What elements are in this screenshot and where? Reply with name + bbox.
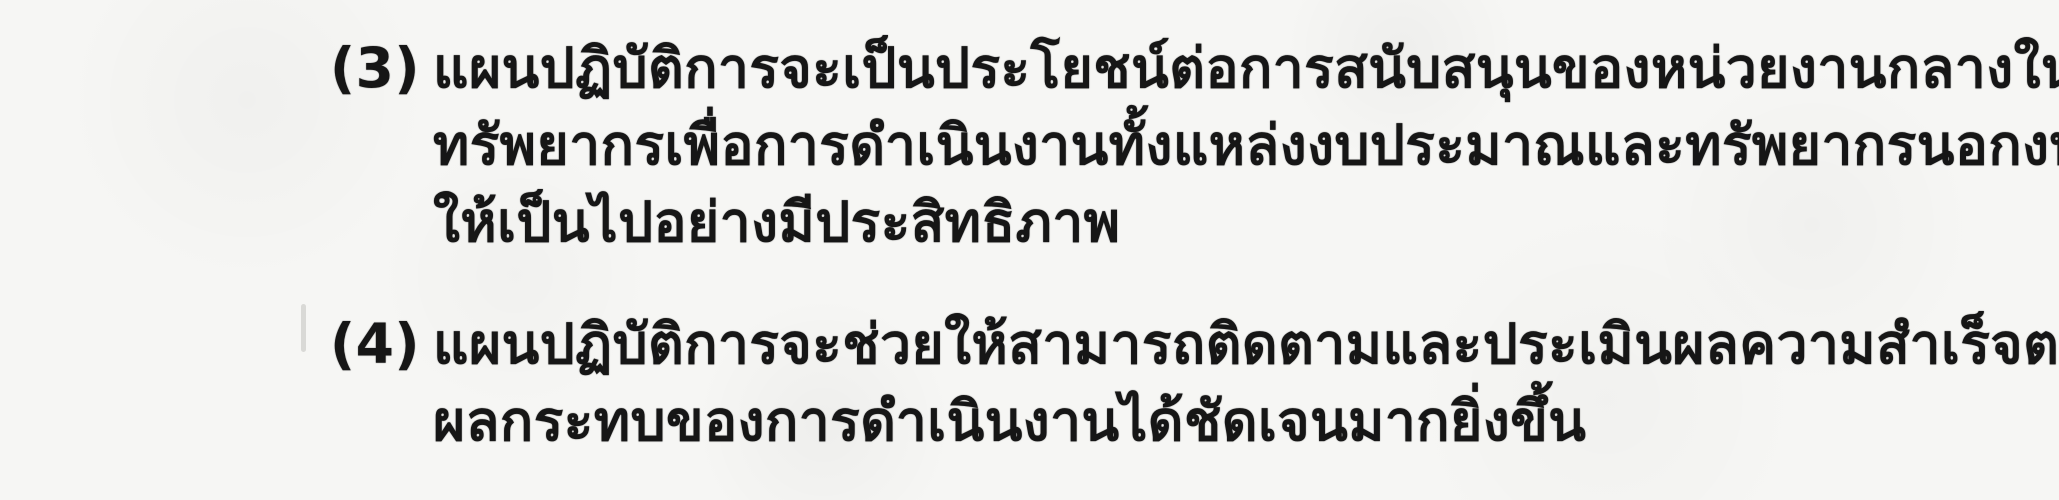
text-line: แผนปฏิบัติการจะเป็นประโยชน์ต่อการสนับสนุ… [433,30,1838,107]
numbered-paragraph: (3) แผนปฏิบัติการจะเป็นประโยชน์ต่อการสนั… [330,30,1838,261]
numbered-paragraph: (4) แผนปฏิบัติการจะช่วยให้สามารถติดตามแล… [330,306,1838,460]
line-head: แผนปฏิบัติการจะช่วยให้สามารถติดตามและประ… [433,306,2023,383]
line-tail: ตลอดจน [2023,306,2059,383]
scan-artifact-mark [301,304,306,352]
text-line: ให้เป็นไปอย่างมีประสิทธิภาพ [433,184,1838,261]
text-line: แผนปฏิบัติการจะช่วยให้สามารถติดตามและประ… [433,306,1838,383]
item-lines: แผนปฏิบัติการจะช่วยให้สามารถติดตามและประ… [433,306,1838,460]
text-line: ทรัพยากรเพื่อการดำเนินงานทั้งแหล่งงบประม… [433,107,1838,184]
item-lines: แผนปฏิบัติการจะเป็นประโยชน์ต่อการสนับสนุ… [433,30,1838,261]
paragraph-list: (3) แผนปฏิบัติการจะเป็นประโยชน์ต่อการสนั… [330,30,1838,460]
text-line: ผลกระทบของการดำเนินงานได้ชัดเจนมากยิ่งขึ… [433,383,1838,460]
item-marker: (4) [330,306,433,383]
item-marker: (3) [330,30,433,107]
scanned-document-page: (3) แผนปฏิบัติการจะเป็นประโยชน์ต่อการสนั… [0,0,2059,500]
